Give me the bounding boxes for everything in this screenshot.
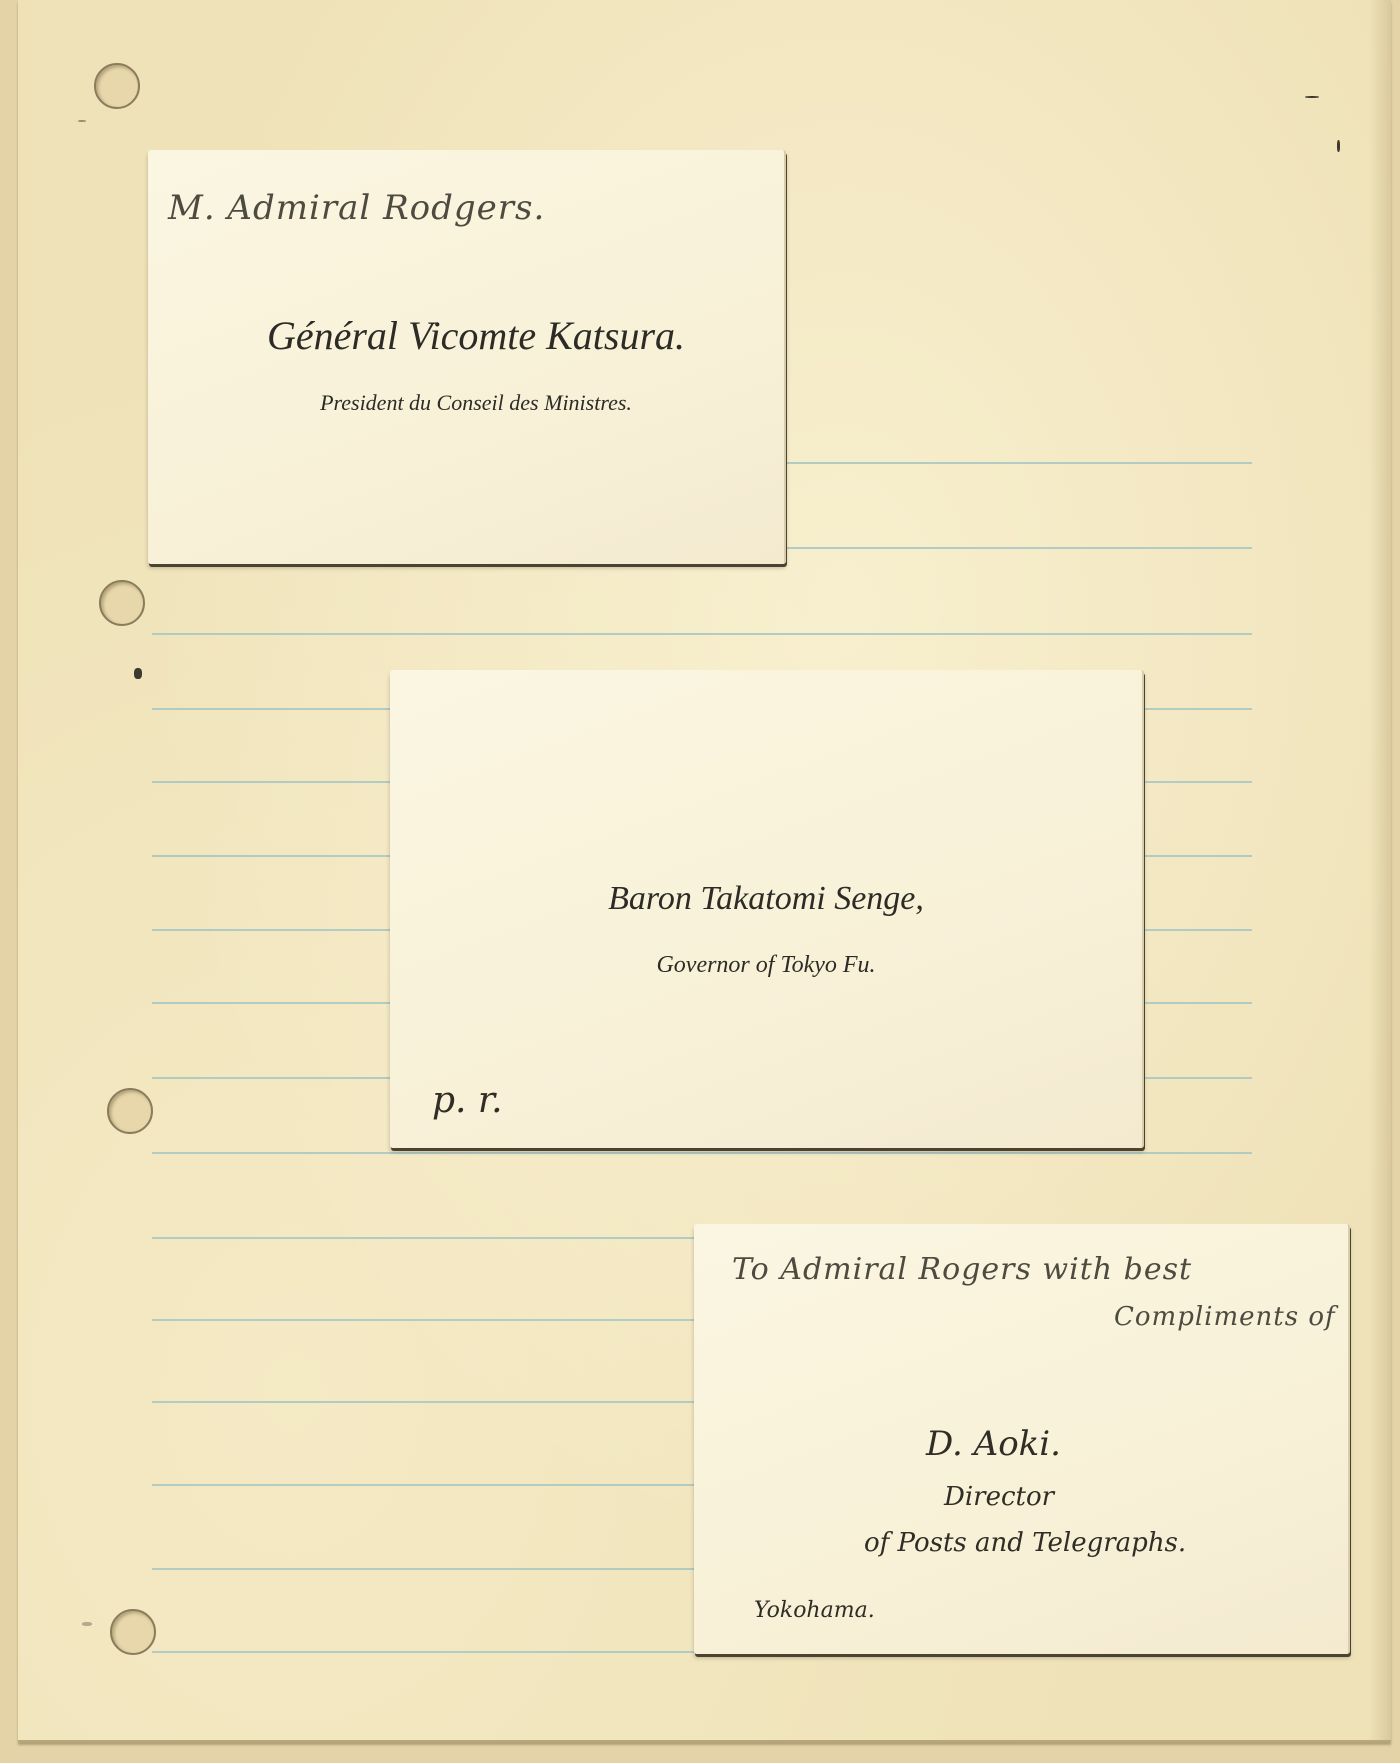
card-title-line1: Director (944, 1482, 1054, 1512)
card-location: Yokohama. (754, 1598, 875, 1623)
ink-speck (82, 1622, 92, 1626)
card-title: President du Conseil des Ministres. (148, 390, 784, 416)
handwritten-annotation: p. r. (432, 1080, 503, 1121)
handwritten-annotation-line1: To Admiral Rogers with best (732, 1252, 1192, 1287)
handwritten-annotation-line2: Compliments of (1114, 1302, 1336, 1332)
calling-card-aoki: To Admiral Rogers with best Compliments … (694, 1224, 1350, 1654)
calling-card-katsura: M. Admiral Rodgers. Général Vicomte Kats… (148, 150, 786, 564)
punch-hole (107, 1088, 153, 1134)
card-name: Baron Takatomi Senge, (390, 880, 1142, 918)
card-name: D. Aoki. (926, 1424, 1061, 1464)
card-title-line2: of Posts and Telegraphs. (864, 1528, 1186, 1558)
card-name: Général Vicomte Katsura. (148, 312, 784, 359)
punch-hole (110, 1609, 156, 1655)
ink-speck (78, 120, 86, 122)
punch-hole (99, 580, 145, 626)
ink-speck (1305, 96, 1319, 98)
punch-hole (94, 63, 140, 109)
ink-speck (1337, 140, 1340, 152)
rule-line (152, 1152, 1252, 1154)
rule-line (152, 633, 1252, 635)
ink-speck (134, 668, 142, 679)
album-page: M. Admiral Rodgers. Général Vicomte Kats… (18, 0, 1391, 1742)
page-edge (1369, 0, 1391, 1740)
handwritten-annotation: M. Admiral Rodgers. (168, 188, 545, 228)
card-title: Governor of Tokyo Fu. (390, 952, 1142, 979)
calling-card-senge: Baron Takatomi Senge, Governor of Tokyo … (390, 670, 1144, 1148)
